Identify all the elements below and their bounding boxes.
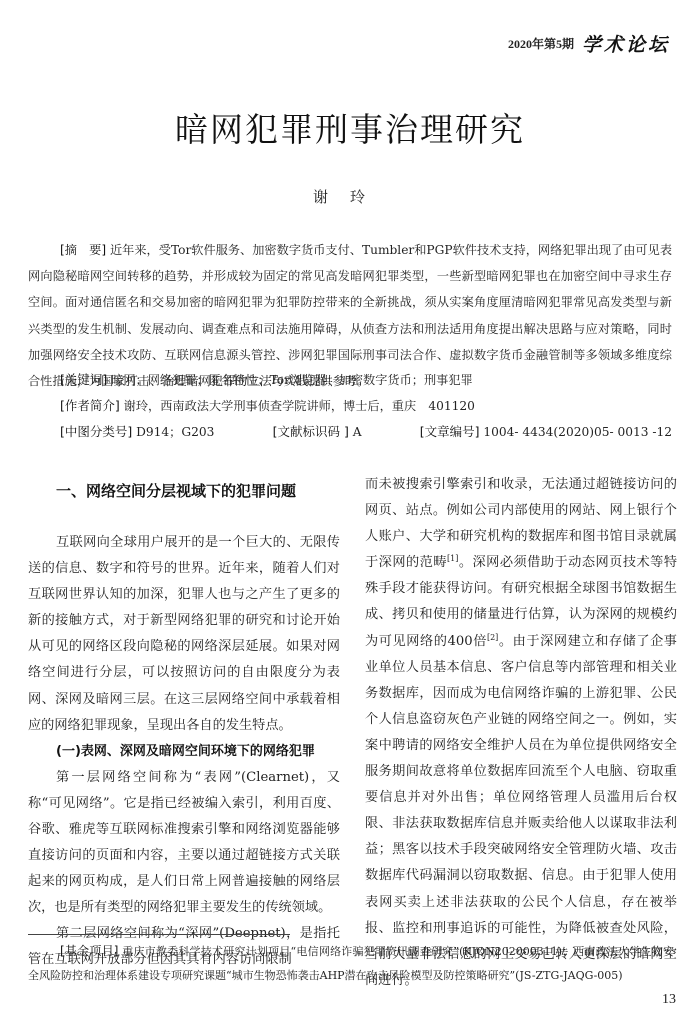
abstract-label: [摘 要]: [60, 243, 106, 257]
running-header: 2020年第5期 学术论坛: [508, 30, 670, 57]
article-no-label: [文章编号]: [420, 424, 480, 439]
funding-footnote: [基金项目] 重庆市教委科学技术研究计划项目“电信网络诈骗犯罪资讯调查研究”(K…: [28, 939, 674, 988]
body-paragraph: 互联网向全球用户展开的是一个巨大的、无限传送的信息、数字和符号的世界。近年来，随…: [28, 530, 340, 739]
issue-label: 2020年第5期: [508, 35, 574, 52]
citation-ref[interactable]: [1]: [447, 554, 458, 563]
keywords: [关键词] 暗网；网络犯罪；匿名特性；Tor浏览器；加密数字货币；刑事犯罪: [60, 370, 473, 388]
abstract-text: 近年来，受Tor软件服务、加密数字货币支付、Tumbler和PGP软件技术支持，…: [28, 243, 672, 388]
author-intro-label: [作者简介]: [60, 398, 120, 413]
funding-text: 重庆市教委科学技术研究计划项目“电信网络诈骗犯罪资讯调查研究”(KJQN2020…: [28, 945, 674, 982]
author-intro-text: 谢玲，西南政法大学刑事侦查学院讲师，博士后，重庆 401120: [124, 399, 475, 413]
body-paragraph: 第一层网络空间称为“表网”(Clearnet)，又称“可见网络”。它是指已经被编…: [28, 765, 340, 922]
keywords-label: [关键词]: [60, 372, 107, 387]
footnote-divider: [28, 934, 290, 935]
body-paragraph-continued: 而未被搜索引擎索引和收录，无法通过超链接访问的网页、站点。例如公司内部使用的网站…: [365, 472, 677, 994]
journal-logo: 学术论坛: [582, 30, 670, 57]
article-title: 暗网犯罪刑事治理研究: [0, 104, 700, 151]
body-column-right: 而未被搜索引擎索引和收录，无法通过超链接访问的网页、站点。例如公司内部使用的网站…: [365, 472, 677, 994]
doc-code-label: [文献标识码 ]: [273, 424, 349, 439]
funding-label: [基金项目]: [60, 944, 118, 958]
para-text: 。由于深网建立和存储了企事业单位人员基本信息、客户信息等内部管理和相关业务数据库…: [365, 634, 677, 988]
article-no-value: 1004- 4434(2020)05- 0013 -12: [483, 425, 672, 439]
article-no: [文章编号] 1004- 4434(2020)05- 0013 -12: [420, 422, 672, 440]
doc-code: [文献标识码 ] A: [273, 422, 362, 440]
page-number: 13: [662, 992, 676, 1008]
clc-value: D914；G203: [136, 425, 214, 439]
subsection-heading: (一)表网、深网及暗网空间环境下的网络犯罪: [28, 739, 340, 765]
doc-code-value: A: [353, 425, 362, 439]
keywords-text: 暗网；网络犯罪；匿名特性；Tor浏览器；加密数字货币；刑事犯罪: [111, 373, 473, 387]
author-name: 谢玲: [0, 186, 700, 207]
citation-ref[interactable]: [2]: [487, 633, 498, 642]
classification-line: [中图分类号] D914；G203 [文献标识码 ] A [文章编号] 1004…: [60, 422, 672, 440]
clc-label: [中图分类号]: [60, 424, 132, 439]
clc: [中图分类号] D914；G203: [60, 422, 214, 440]
section-heading: 一、网络空间分层视域下的犯罪问题: [56, 478, 340, 504]
author-intro: [作者简介] 谢玲，西南政法大学刑事侦查学院讲师，博士后，重庆 401120: [60, 396, 475, 414]
body-column-left: 一、网络空间分层视域下的犯罪问题 互联网向全球用户展开的是一个巨大的、无限传送的…: [28, 472, 340, 974]
